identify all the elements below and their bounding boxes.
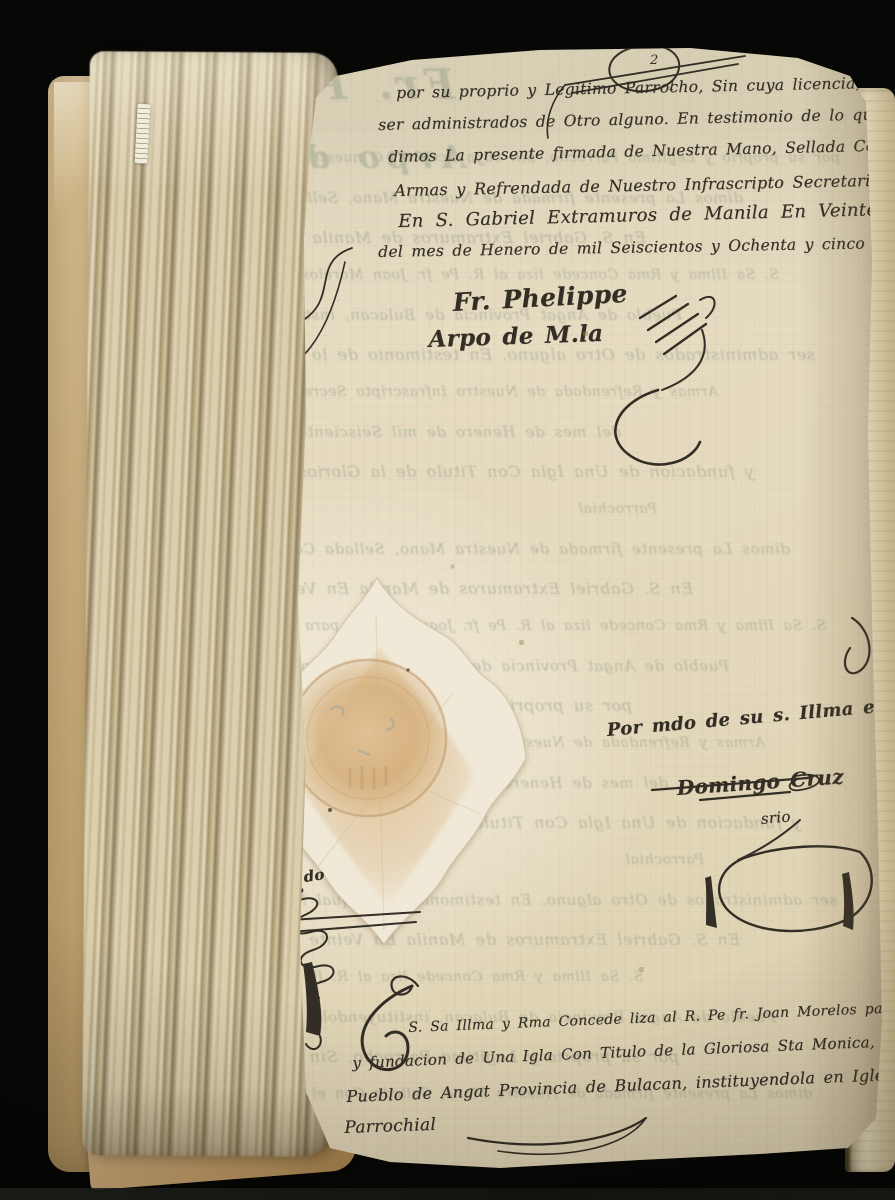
folio-mark-upper: 2 bbox=[649, 53, 658, 68]
marginal-note-line-3: Pueblo de Angat Provincia de Bulacan, in… bbox=[346, 1064, 895, 1106]
paper-specks bbox=[0, 0, 1, 1]
body-text-line-2: ser administrados de Otro alguno. En tes… bbox=[378, 103, 895, 134]
note-trailing-flourish bbox=[468, 1118, 646, 1154]
marginal-note-line-2: y fundacion de Una Igla Con Titulo de la… bbox=[352, 1029, 895, 1072]
secretary-title: srio bbox=[760, 807, 791, 828]
photo-background: Fr. PhelippeArpo de M.lapor su proprio y… bbox=[0, 0, 895, 1200]
registration-mark-superscript: do bbox=[302, 865, 326, 886]
marginal-note-line-4: Parrochial bbox=[344, 1115, 436, 1138]
body-text-line-5: En S. Gabriel Extramuros de Manila En Ve… bbox=[398, 196, 895, 232]
archbishop-signature-title: Arpo de M.la bbox=[428, 320, 604, 353]
secretary-signature-name: Domingo Cruz bbox=[676, 764, 845, 800]
signature-rubric-flourish bbox=[615, 296, 714, 465]
marginal-note-line-1: S. Sa Illma y Rma Concede liza al R. Pe … bbox=[408, 997, 895, 1036]
body-text-line-6: del mes de Henero de mil Seiscientos y O… bbox=[378, 234, 895, 261]
body-text-line-4: Armas y Refrendada de Nuestro Infrascrip… bbox=[394, 169, 895, 200]
body-text-line-3: dimos La presente firmada de Nuestra Man… bbox=[388, 133, 895, 166]
body-text-line-1: por su proprio y Legitimo Parrocho, Sin … bbox=[396, 70, 895, 102]
archbishop-signature-name: Fr. Phelippe bbox=[452, 279, 628, 317]
table-edge bbox=[0, 1188, 895, 1200]
attestation-line-1: Por mdo de su s. Illma el Arzpo bbox=[606, 690, 895, 741]
